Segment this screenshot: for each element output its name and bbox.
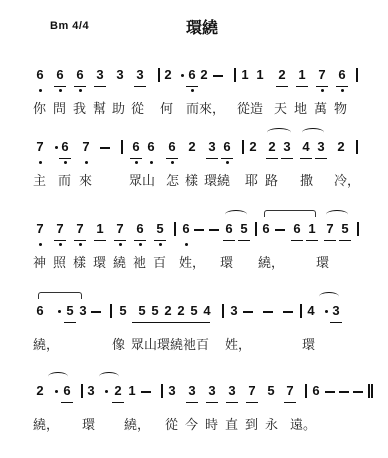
eighth-underline bbox=[206, 402, 218, 403]
augmentation-dot bbox=[55, 390, 58, 393]
note: 6 bbox=[292, 222, 302, 236]
note: 6 bbox=[224, 222, 234, 236]
lyric: 主 bbox=[33, 174, 46, 190]
lyric: 繞， bbox=[258, 256, 284, 272]
note: 5 bbox=[137, 304, 147, 318]
sustain-dash bbox=[283, 311, 293, 313]
low-octave-dot bbox=[59, 243, 62, 246]
note: 5 bbox=[118, 304, 128, 318]
barline bbox=[81, 384, 83, 398]
eighth-underline bbox=[336, 86, 348, 87]
eighth-underline bbox=[315, 158, 327, 159]
slur bbox=[326, 210, 348, 219]
final-barline bbox=[368, 384, 373, 398]
note: 1 bbox=[240, 68, 250, 82]
note: 3 bbox=[167, 384, 177, 398]
slur bbox=[48, 372, 68, 381]
lyric: 環 bbox=[82, 418, 95, 434]
note: 3 bbox=[187, 384, 197, 398]
note: 4 bbox=[306, 304, 316, 318]
eighth-underline bbox=[166, 158, 178, 159]
lyric: 何 bbox=[160, 102, 173, 118]
note: 3 bbox=[115, 68, 125, 82]
note: 3 bbox=[282, 140, 292, 154]
low-octave-dot bbox=[159, 243, 162, 246]
augmentation-dot bbox=[181, 74, 184, 77]
low-octave-dot bbox=[79, 89, 82, 92]
eighth-underline bbox=[114, 240, 126, 241]
eighth-underline bbox=[134, 86, 146, 87]
lyric: 遠。 bbox=[290, 418, 316, 434]
lyric: 神 bbox=[33, 256, 46, 272]
note: 5 bbox=[189, 304, 199, 318]
note: 7 bbox=[35, 140, 45, 154]
note: 2 bbox=[267, 140, 277, 154]
low-octave-dot bbox=[85, 161, 88, 164]
note: 1 bbox=[95, 222, 105, 236]
lyric: 萬 bbox=[314, 102, 327, 118]
lyric: 時 bbox=[205, 418, 218, 434]
lyric: 環 bbox=[316, 256, 329, 272]
lyric: 永 bbox=[265, 418, 278, 434]
eighth-underline bbox=[206, 158, 218, 159]
note: 3 bbox=[86, 384, 96, 398]
note: 6 bbox=[55, 68, 65, 82]
low-octave-dot bbox=[39, 161, 42, 164]
barline bbox=[222, 304, 224, 318]
note: 5 bbox=[155, 222, 165, 236]
note: 6 bbox=[135, 222, 145, 236]
lyric: 天 bbox=[274, 102, 287, 118]
note: 2 bbox=[163, 68, 173, 82]
eighth-underline bbox=[291, 240, 303, 241]
note: 2 bbox=[187, 140, 197, 154]
note: 2 bbox=[176, 304, 186, 318]
note: 1 bbox=[307, 222, 317, 236]
note: 4 bbox=[301, 140, 311, 154]
song-title: 環繞 bbox=[186, 15, 218, 38]
note: 3 bbox=[135, 68, 145, 82]
note: 2 bbox=[163, 304, 173, 318]
eighth-underline bbox=[306, 240, 318, 241]
note: 6 bbox=[35, 304, 45, 318]
augmentation-dot bbox=[58, 310, 61, 313]
note: 6 bbox=[181, 222, 191, 236]
eighth-underline bbox=[94, 86, 106, 87]
sustain-dash bbox=[263, 311, 273, 313]
eighth-underline bbox=[238, 240, 250, 241]
low-octave-dot bbox=[321, 89, 324, 92]
lyric: 而來， bbox=[186, 102, 225, 118]
note: 5 bbox=[65, 304, 75, 318]
lyric: 繞 bbox=[113, 256, 126, 272]
note: 2 bbox=[199, 68, 209, 82]
lyric: 樣 bbox=[185, 174, 198, 190]
eighth-underline bbox=[221, 158, 233, 159]
eighth-underline bbox=[54, 86, 66, 87]
note: 7 bbox=[81, 140, 91, 154]
eighth-underline bbox=[74, 240, 86, 241]
sustain-dash bbox=[213, 75, 223, 77]
note: 3 bbox=[227, 384, 237, 398]
eighth-underline bbox=[74, 86, 86, 87]
low-octave-dot bbox=[79, 243, 82, 246]
note: 1 bbox=[127, 384, 137, 398]
note: 2 bbox=[336, 140, 346, 154]
note: 3 bbox=[229, 304, 239, 318]
lyric: 耶 bbox=[245, 174, 258, 190]
eighth-underline bbox=[300, 158, 312, 159]
note: 2 bbox=[35, 384, 45, 398]
note: 5 bbox=[340, 222, 350, 236]
beam-underline bbox=[132, 322, 210, 323]
note: 3 bbox=[207, 384, 217, 398]
lyric: 我 bbox=[73, 102, 86, 118]
note: 2 bbox=[248, 140, 258, 154]
barline bbox=[234, 68, 236, 82]
eighth-underline bbox=[296, 86, 308, 87]
barline bbox=[121, 140, 123, 154]
sustain-dash bbox=[194, 229, 204, 231]
lyric: 從造 bbox=[237, 102, 263, 118]
note: 6 bbox=[167, 140, 177, 154]
slur bbox=[225, 210, 247, 219]
slur bbox=[267, 128, 291, 137]
lyric: 路 bbox=[265, 174, 278, 190]
lyric: 姓， bbox=[179, 256, 205, 272]
eighth-underline bbox=[266, 158, 278, 159]
slur bbox=[302, 128, 324, 137]
note: 6 bbox=[75, 68, 85, 82]
barline bbox=[356, 140, 358, 154]
tie-bracket bbox=[38, 292, 82, 299]
lyric: 怎 bbox=[166, 174, 179, 190]
lyric: 祂 bbox=[133, 256, 146, 272]
low-octave-dot bbox=[39, 243, 42, 246]
lyric: 問 bbox=[53, 102, 66, 118]
sustain-dash bbox=[325, 391, 335, 393]
lyric: 眾山環繞祂百 bbox=[131, 338, 209, 354]
note: 7 bbox=[325, 222, 335, 236]
low-octave-dot bbox=[150, 161, 153, 164]
eighth-underline bbox=[186, 86, 198, 87]
eighth-underline bbox=[339, 240, 351, 241]
note: 5 bbox=[150, 304, 160, 318]
lyric: 而 bbox=[58, 174, 71, 190]
note: 6 bbox=[131, 140, 141, 154]
barline bbox=[158, 68, 160, 82]
sustain-dash bbox=[100, 147, 110, 149]
note: 6 bbox=[261, 222, 271, 236]
eighth-underline bbox=[94, 240, 106, 241]
note: 7 bbox=[75, 222, 85, 236]
note: 3 bbox=[78, 304, 88, 318]
lyric: 冷， bbox=[334, 174, 360, 190]
lyric: 環 bbox=[93, 256, 106, 272]
barline bbox=[161, 384, 163, 398]
eighth-underline bbox=[223, 240, 235, 241]
lyric: 從 bbox=[165, 418, 178, 434]
slur bbox=[99, 372, 119, 381]
lyric: 來 bbox=[79, 174, 92, 190]
barline bbox=[300, 304, 302, 318]
low-octave-dot bbox=[59, 89, 62, 92]
low-octave-dot bbox=[226, 161, 229, 164]
slur bbox=[319, 292, 339, 301]
sustain-dash bbox=[353, 391, 363, 393]
eighth-underline bbox=[330, 322, 342, 323]
eighth-underline bbox=[64, 322, 76, 323]
barline bbox=[110, 304, 112, 318]
low-octave-dot bbox=[171, 161, 174, 164]
low-octave-dot bbox=[185, 243, 188, 246]
eighth-underline bbox=[130, 158, 142, 159]
note: 1 bbox=[255, 68, 265, 82]
note: 6 bbox=[311, 384, 321, 398]
note: 3 bbox=[316, 140, 326, 154]
eighth-underline bbox=[226, 402, 238, 403]
note: 5 bbox=[239, 222, 249, 236]
tie-bracket bbox=[264, 210, 316, 217]
lyric: 從 bbox=[131, 102, 144, 118]
low-octave-dot bbox=[119, 243, 122, 246]
low-octave-dot bbox=[139, 243, 142, 246]
eighth-underline bbox=[246, 402, 258, 403]
low-octave-dot bbox=[64, 161, 67, 164]
lyric: 直 bbox=[225, 418, 238, 434]
note: 6 bbox=[146, 140, 156, 154]
lyric: 百 bbox=[153, 256, 166, 272]
low-octave-dot bbox=[341, 89, 344, 92]
augmentation-dot bbox=[55, 146, 58, 149]
lyric: 物 bbox=[334, 102, 347, 118]
barline bbox=[357, 222, 359, 236]
eighth-underline bbox=[134, 240, 146, 241]
lyric: 繞， bbox=[33, 338, 59, 354]
lyric: 助 bbox=[112, 102, 125, 118]
sustain-dash bbox=[339, 391, 349, 393]
note: 2 bbox=[113, 384, 123, 398]
barline bbox=[356, 68, 358, 82]
note: 7 bbox=[247, 384, 257, 398]
barline bbox=[174, 222, 176, 236]
augmentation-dot bbox=[325, 310, 328, 313]
lyric: 你 bbox=[33, 102, 46, 118]
eighth-underline bbox=[281, 158, 293, 159]
key-signature: Bm 4/4 bbox=[50, 20, 89, 32]
sustain-dash bbox=[209, 229, 219, 231]
note: 6 bbox=[60, 140, 70, 154]
lyric: 環 bbox=[302, 338, 315, 354]
eighth-underline bbox=[316, 86, 328, 87]
lyric: 撒 bbox=[300, 174, 313, 190]
lyric: 今 bbox=[185, 418, 198, 434]
note: 6 bbox=[222, 140, 232, 154]
sustain-dash bbox=[243, 311, 253, 313]
note: 6 bbox=[62, 384, 72, 398]
sustain-dash bbox=[141, 391, 151, 393]
lyric: 到 bbox=[245, 418, 258, 434]
note: 1 bbox=[297, 68, 307, 82]
lyric: 環繞 bbox=[204, 174, 230, 190]
note: 4 bbox=[202, 304, 212, 318]
note: 2 bbox=[277, 68, 287, 82]
lyric: 繞， bbox=[124, 418, 150, 434]
lyric: 照 bbox=[53, 256, 66, 272]
note: 7 bbox=[35, 222, 45, 236]
barline bbox=[242, 140, 244, 154]
barline bbox=[305, 384, 307, 398]
eighth-underline bbox=[59, 158, 71, 159]
lyric: 樣 bbox=[73, 256, 86, 272]
eighth-underline bbox=[276, 86, 288, 87]
note: 3 bbox=[331, 304, 341, 318]
eighth-underline bbox=[112, 402, 124, 403]
note: 3 bbox=[95, 68, 105, 82]
sustain-dash bbox=[91, 311, 101, 313]
eighth-underline bbox=[324, 240, 336, 241]
eighth-underline bbox=[186, 402, 198, 403]
note: 5 bbox=[266, 384, 276, 398]
barline bbox=[255, 222, 257, 236]
eighth-underline bbox=[61, 402, 73, 403]
lyric: 地 bbox=[294, 102, 307, 118]
low-octave-dot bbox=[39, 89, 42, 92]
note: 7 bbox=[285, 384, 295, 398]
lyric: 眾山 bbox=[129, 174, 155, 190]
lyric: 姓， bbox=[225, 338, 251, 354]
low-octave-dot bbox=[191, 89, 194, 92]
lyric: 繞， bbox=[33, 418, 59, 434]
note: 7 bbox=[317, 68, 327, 82]
eighth-underline bbox=[154, 240, 166, 241]
lyric: 幫 bbox=[93, 102, 106, 118]
note: 6 bbox=[35, 68, 45, 82]
sustain-dash bbox=[275, 229, 285, 231]
lyric: 環 bbox=[220, 256, 233, 272]
augmentation-dot bbox=[105, 390, 108, 393]
eighth-underline bbox=[284, 402, 296, 403]
note: 6 bbox=[337, 68, 347, 82]
low-octave-dot bbox=[135, 161, 138, 164]
eighth-underline bbox=[54, 240, 66, 241]
note: 3 bbox=[207, 140, 217, 154]
note: 6 bbox=[187, 68, 197, 82]
lyric: 像 bbox=[112, 338, 125, 354]
note: 7 bbox=[55, 222, 65, 236]
note: 7 bbox=[115, 222, 125, 236]
